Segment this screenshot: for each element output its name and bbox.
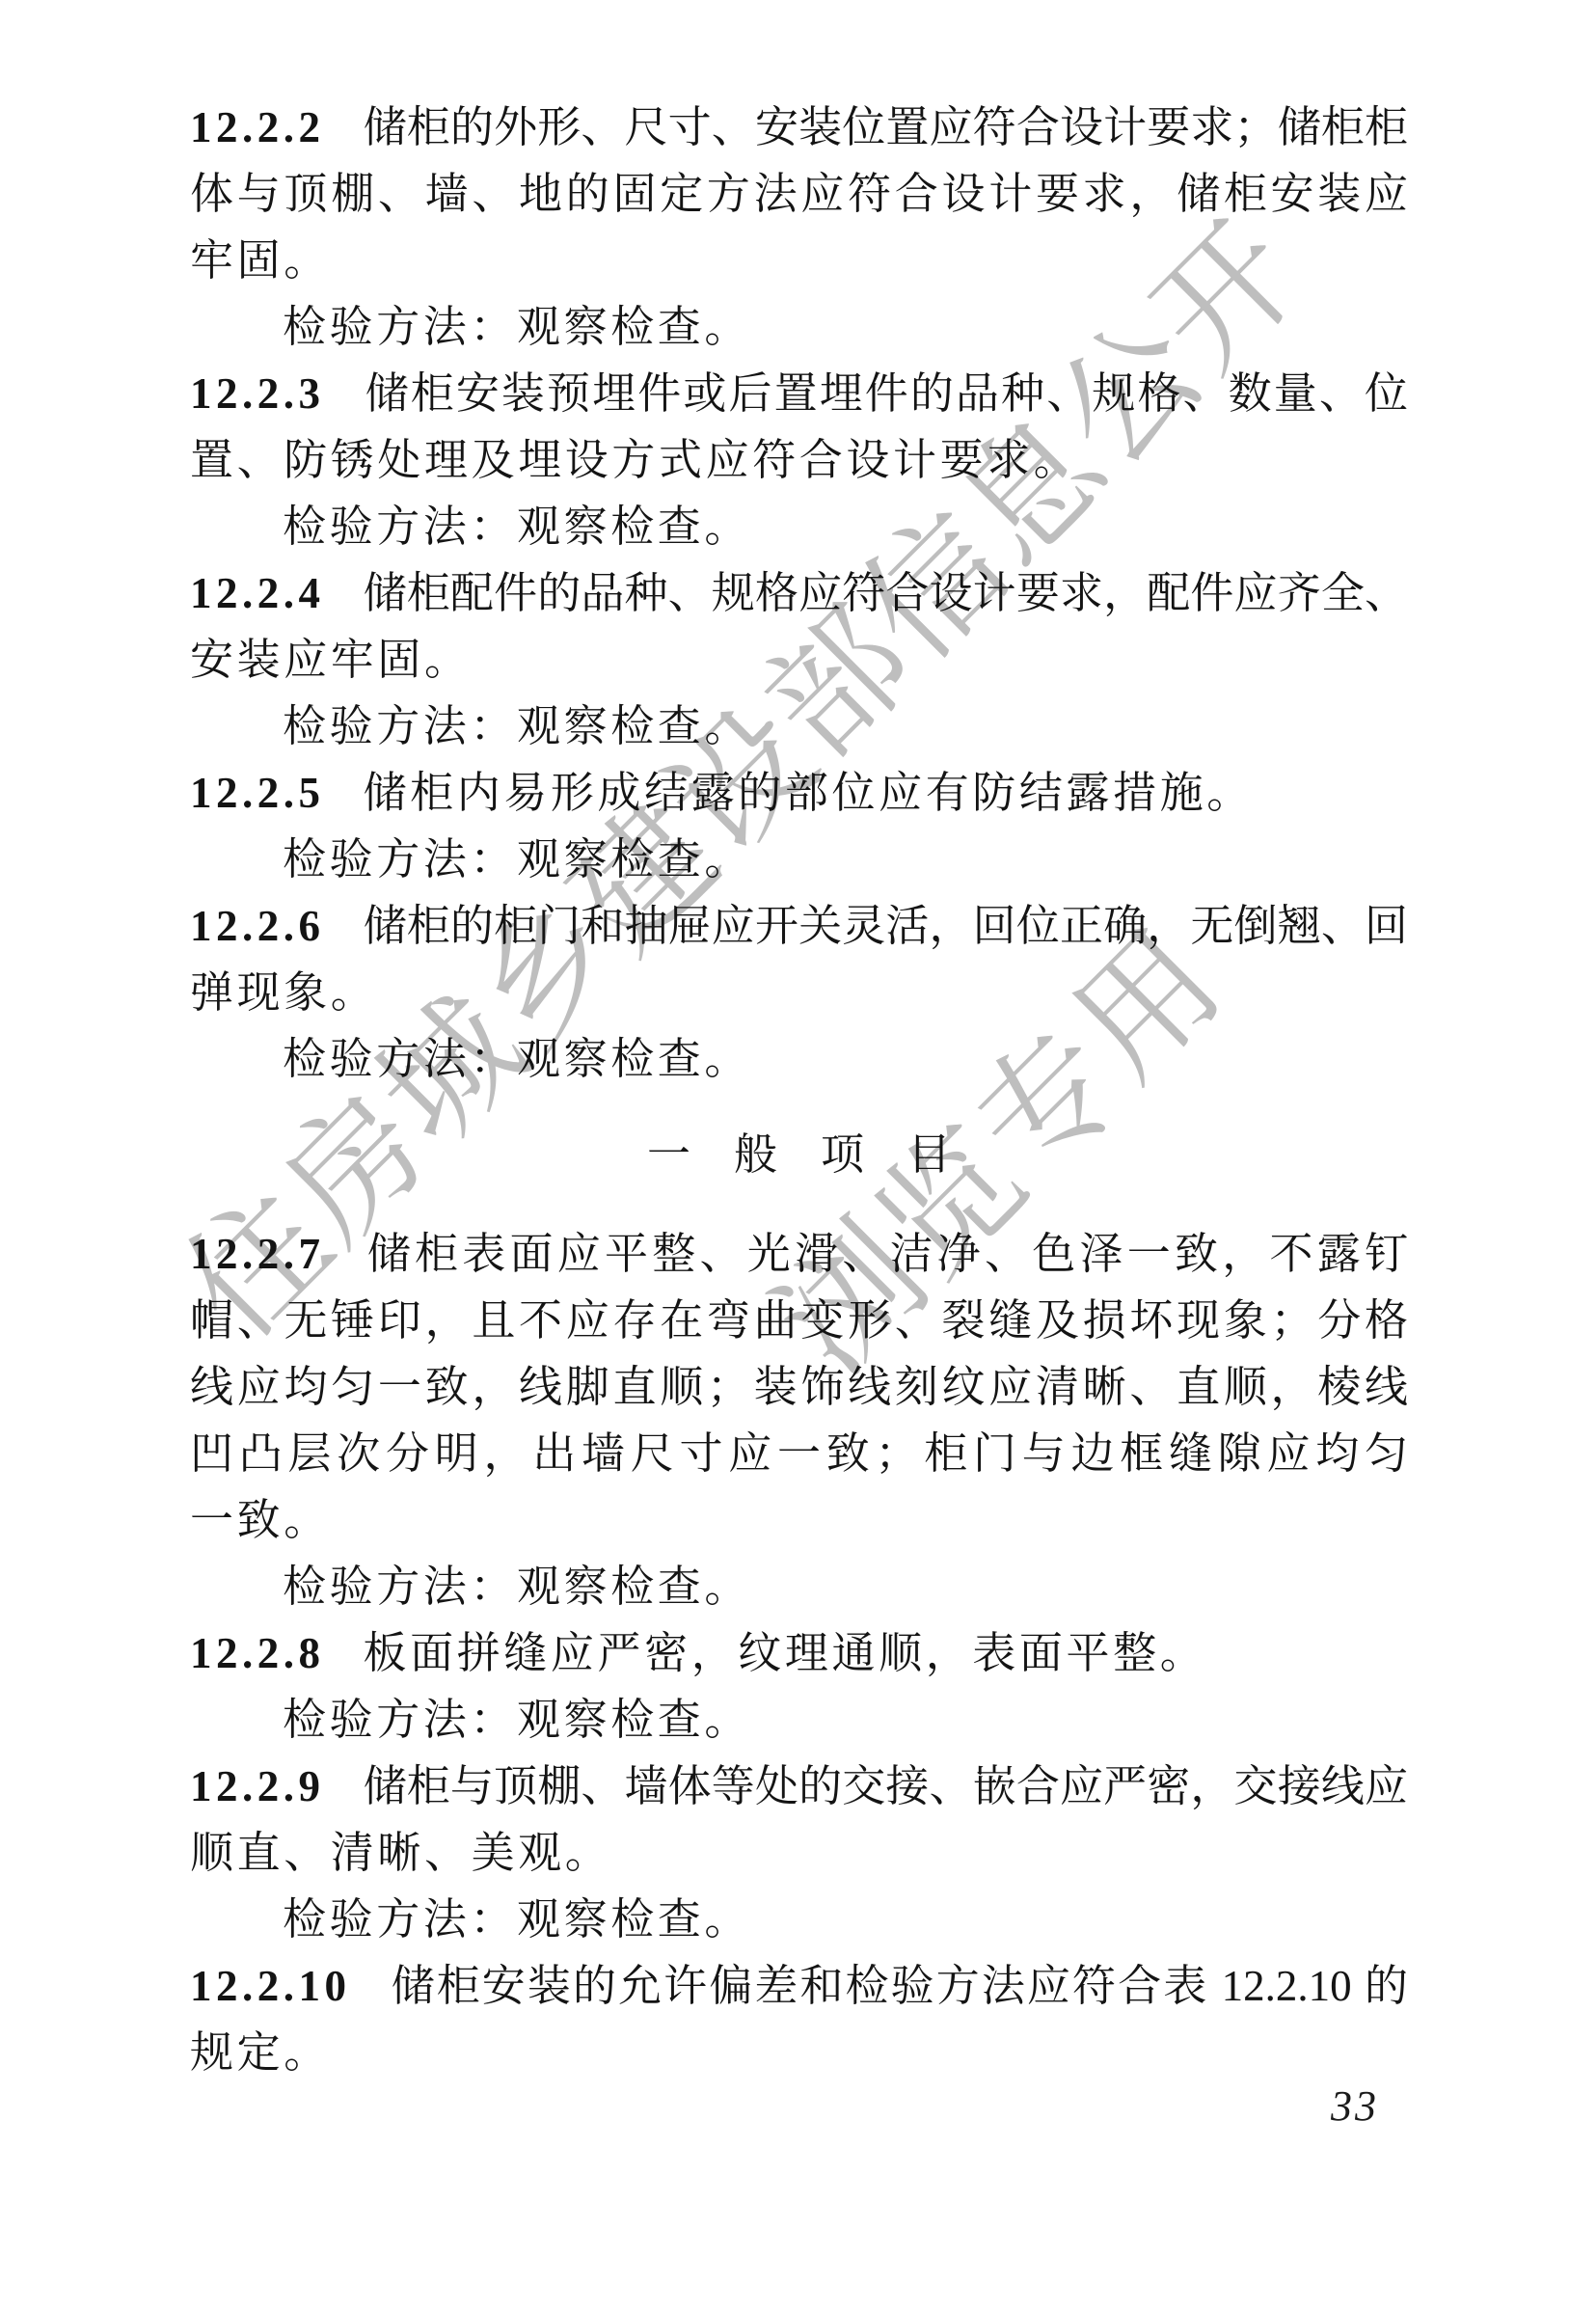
clause-text: 储柜安装的允许偏差和检验方法应符合表 12.2.10 的 <box>390 1962 1409 2010</box>
clause-12.2.2-line-2: 体与顶棚、墙、地的固定方法应符合设计要求，储柜安装应 <box>190 161 1408 228</box>
clause-12.2.5-line-1: 12.2.5储柜内易形成结露的部位应有防结露措施。 <box>190 760 1408 827</box>
clause-number: 12.2.8 <box>190 1629 325 1677</box>
clause-number: 12.2.9 <box>190 1762 325 1810</box>
clause-12.2.9-line-1: 12.2.9储柜与顶棚、墙体等处的交接、嵌合应严密，交接线应 <box>190 1754 1408 1820</box>
document-page: 住房城乡建设部信息公开 浏览专用 12.2.2储柜的外形、尺寸、安装位置应符合设… <box>0 0 1596 2311</box>
inspection-method-line: 检验方法：观察检查。 <box>190 494 1408 560</box>
inspection-method-line: 检验方法：观察检查。 <box>190 1887 1408 1953</box>
clause-12.2.2-line-3: 牢固。 <box>190 228 1408 294</box>
clause-12.2.4-line-1: 12.2.4储柜配件的品种、规格应符合设计要求，配件应齐全、 <box>190 560 1408 627</box>
clause-12.2.8-line-1: 12.2.8板面拼缝应严密，纹理通顺，表面平整。 <box>190 1620 1408 1687</box>
clause-12.2.10-line-2: 规定。 <box>190 2020 1408 2086</box>
clause-text: 储柜的外形、尺寸、安装位置应符合设计要求；储柜柜 <box>364 103 1409 151</box>
clause-number: 12.2.6 <box>190 902 325 950</box>
clause-12.2.7-line-1: 12.2.7储柜表面应平整、光滑、洁净、色泽一致，不露钉 <box>190 1221 1408 1288</box>
clause-text: 储柜与顶棚、墙体等处的交接、嵌合应严密，交接线应 <box>364 1762 1409 1810</box>
clause-12.2.3-line-2: 置、防锈处理及埋设方式应符合设计要求。 <box>190 427 1408 494</box>
clause-text: 储柜表面应平整、光滑、洁净、色泽一致，不露钉 <box>364 1230 1409 1278</box>
clause-number: 12.2.7 <box>190 1230 325 1278</box>
clause-text: 储柜内易形成结露的部位应有防结露措施。 <box>364 769 1254 817</box>
inspection-method-line: 检验方法：观察检查。 <box>190 1554 1408 1620</box>
clause-12.2.6-line-2: 弹现象。 <box>190 960 1408 1026</box>
inspection-method-line: 检验方法：观察检查。 <box>190 294 1408 361</box>
clause-12.2.7-line-2: 帽、无锤印，且不应存在弯曲变形、裂缝及损坏现象；分格 <box>190 1288 1408 1354</box>
inspection-method-line: 检验方法：观察检查。 <box>190 827 1408 893</box>
inspection-method-line: 检验方法：观察检查。 <box>190 693 1408 760</box>
inspection-method-line: 检验方法：观察检查。 <box>190 1026 1408 1093</box>
clause-12.2.7-line-4: 凹凸层次分明，出墙尺寸应一致；柜门与边框缝隙应均匀 <box>190 1421 1408 1487</box>
clause-12.2.4-line-2: 安装应牢固。 <box>190 627 1408 693</box>
document-body: 12.2.2储柜的外形、尺寸、安装位置应符合设计要求；储柜柜体与顶棚、墙、地的固… <box>190 95 1408 2086</box>
clause-12.2.2-line-1: 12.2.2储柜的外形、尺寸、安装位置应符合设计要求；储柜柜 <box>190 95 1408 161</box>
clause-12.2.7-line-3: 线应均匀一致，线脚直顺；装饰线刻纹应清晰、直顺，棱线 <box>190 1354 1408 1421</box>
clause-text: 板面拼缝应严密，纹理通顺，表面平整。 <box>364 1629 1207 1677</box>
section-heading: 一般项目 <box>190 1122 1408 1188</box>
clause-number: 12.2.10 <box>190 1962 351 2010</box>
clause-12.2.7-line-5: 一致。 <box>190 1487 1408 1554</box>
page-number: 33 <box>1331 2081 1379 2131</box>
clause-12.2.10-line-1: 12.2.10储柜安装的允许偏差和检验方法应符合表 12.2.10 的 <box>190 1953 1408 2020</box>
clause-text: 储柜安装预埋件或后置埋件的品种、规格、数量、位 <box>364 369 1409 418</box>
clause-12.2.6-line-1: 12.2.6储柜的柜门和抽屉应开关灵活，回位正确，无倒翘、回 <box>190 893 1408 960</box>
clause-text: 储柜配件的品种、规格应符合设计要求，配件应齐全、 <box>364 569 1409 617</box>
clause-text: 储柜的柜门和抽屉应开关灵活，回位正确，无倒翘、回 <box>364 902 1409 950</box>
inspection-method-line: 检验方法：观察检查。 <box>190 1687 1408 1754</box>
clause-number: 12.2.4 <box>190 569 325 617</box>
clause-number: 12.2.3 <box>190 369 325 418</box>
clause-12.2.3-line-1: 12.2.3储柜安装预埋件或后置埋件的品种、规格、数量、位 <box>190 361 1408 427</box>
clause-number: 12.2.5 <box>190 769 325 817</box>
clause-number: 12.2.2 <box>190 103 325 151</box>
clause-12.2.9-line-2: 顺直、清晰、美观。 <box>190 1820 1408 1887</box>
